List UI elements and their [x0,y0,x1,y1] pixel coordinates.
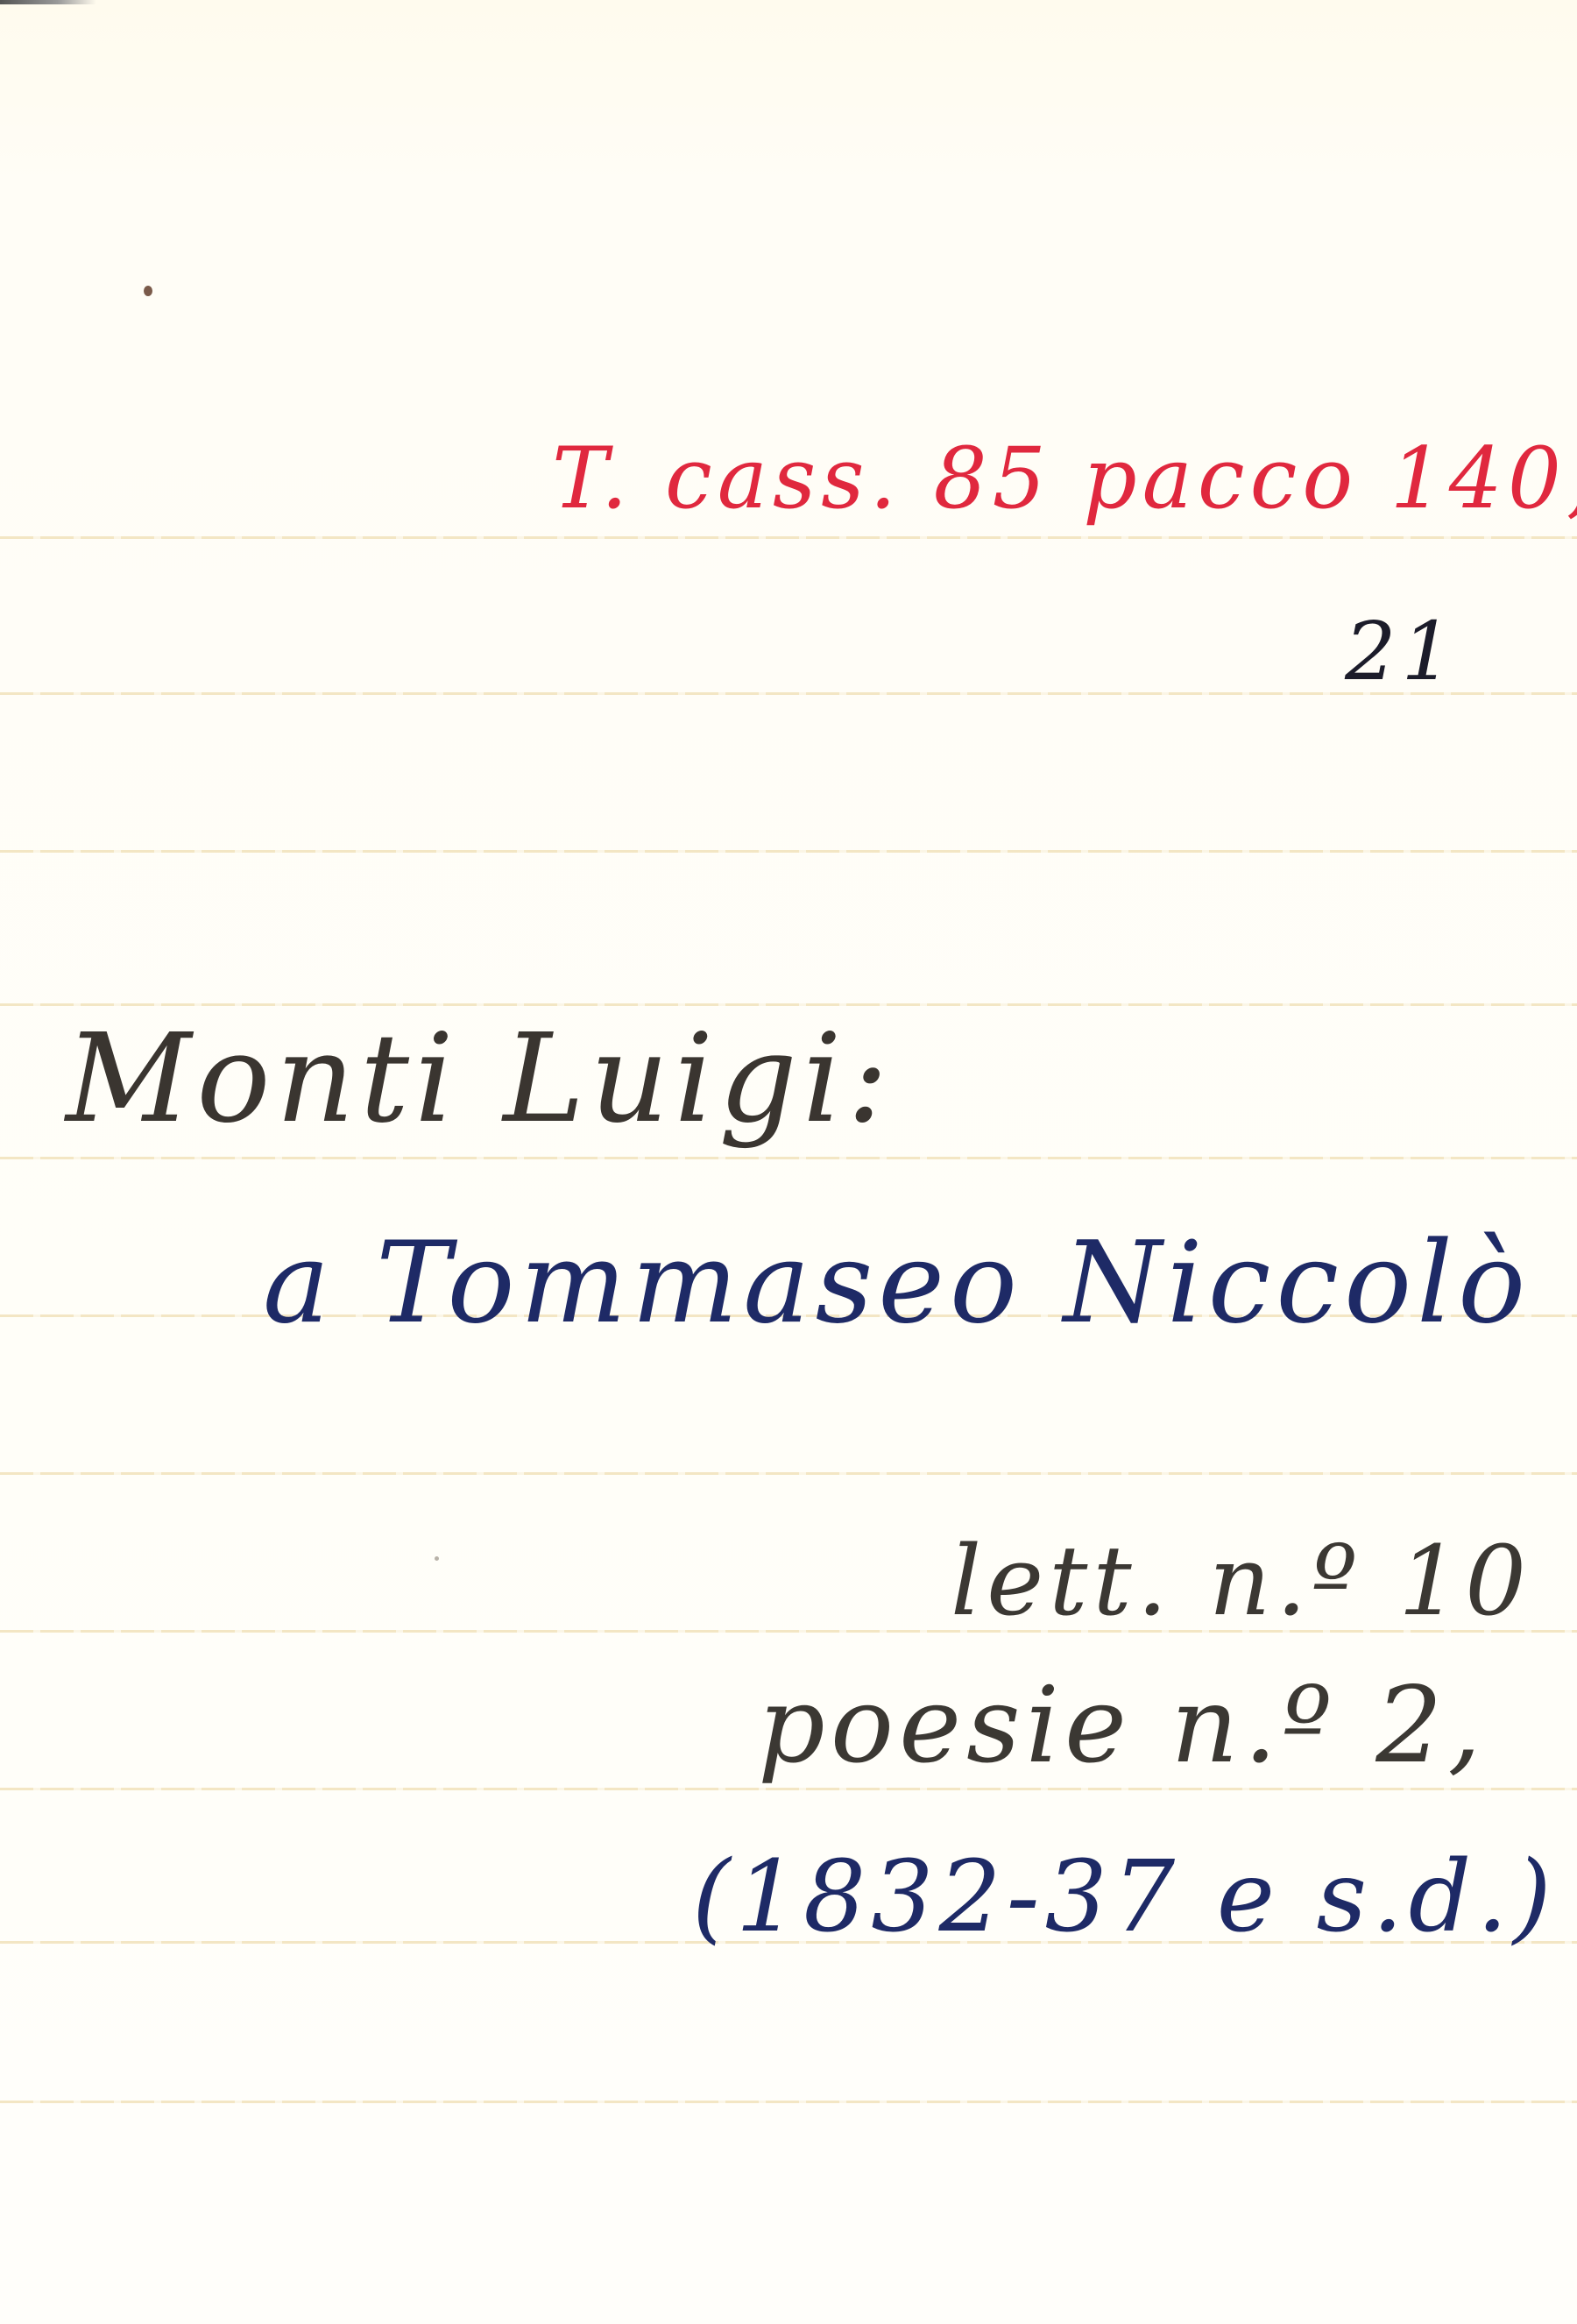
catalog-card: T. cass. 85 pacco 140, 21 Monti Luigi: a… [0,0,1577,2324]
author-name: Monti Luigi: [66,1008,894,1151]
recipient-name: a Tommaseo Niccolò [263,1218,1531,1349]
letters-count: lett. n.º 10 [951,1525,1531,1637]
ink-speck [435,1556,439,1561]
poems-count: poesie n.º 2, [758,1665,1487,1787]
ruled-line [0,536,1577,539]
ruled-line [0,2101,1577,2103]
date-range: (1832-37 e s.d.) [692,1840,1557,1954]
shelfmark-text: T. cass. 85 pacco 140, [552,429,1577,528]
ink-speck [144,286,152,296]
ruled-line [0,1003,1577,1006]
ruled-line [0,1157,1577,1159]
ruled-line [0,1788,1577,1790]
item-number: 21 [1345,605,1458,698]
scan-edge-shadow [0,0,96,4]
ruled-line [0,1472,1577,1475]
ruled-line [0,692,1577,695]
ruled-line [0,850,1577,853]
